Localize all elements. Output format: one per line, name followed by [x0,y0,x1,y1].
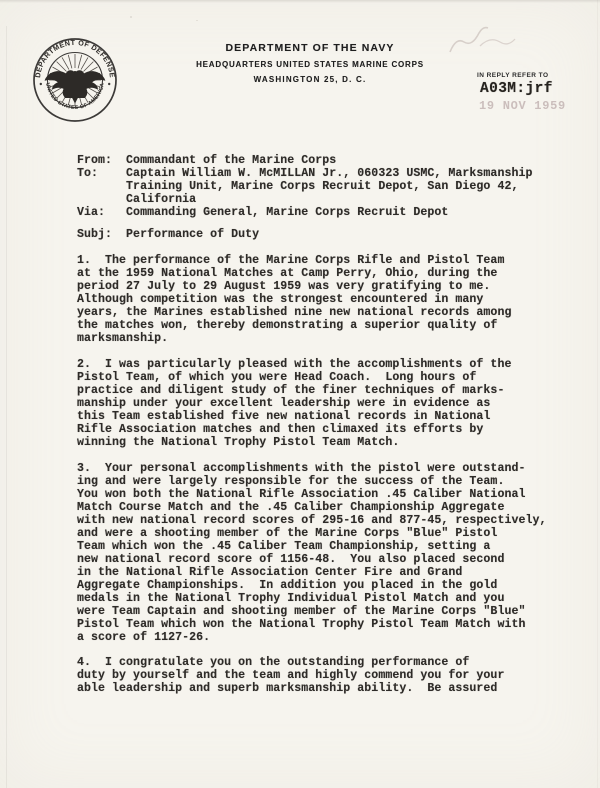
seal-separator-dot [40,83,42,85]
scan-speck [130,16,132,18]
letterhead: DEPARTMENT OF THE NAVY HEADQUARTERS UNIT… [170,42,450,84]
letterhead-city: WASHINGTON 25, D. C. [170,75,450,84]
reply-refer-label: IN REPLY REFER TO [477,72,548,79]
date-stamp: 19 NOV 1959 [479,99,566,113]
reply-refer-code: A03M:jrf [480,81,553,97]
letter-page: DEPARTMENT OF DEFENSE UNITED STATES OF A… [0,0,600,788]
letterhead-headquarters: HEADQUARTERS UNITED STATES MARINE CORPS [170,60,450,69]
seal-separator-dot [108,83,110,85]
department-of-defense-seal-icon: DEPARTMENT OF DEFENSE UNITED STATES OF A… [33,38,117,122]
scan-edge-top [0,0,600,3]
address-block: From: Commandant of the Marine Corps To:… [77,154,532,219]
paragraph-4: 4. I congratulate you on the outstanding… [77,656,504,695]
paragraph-3: 3. Your personal accomplishments with th… [77,462,547,644]
letterhead-department: DEPARTMENT OF THE NAVY [170,42,450,54]
subject-line: Subj: Performance of Duty [77,228,259,241]
scan-speck [196,20,198,21]
pencil-scribble [438,20,528,62]
scan-edge-right [597,0,598,788]
scan-edge-left [6,26,7,788]
paragraph-2: 2. I was particularly pleased with the a… [77,358,511,449]
paragraph-1: 1. The performance of the Marine Corps R… [77,254,511,345]
